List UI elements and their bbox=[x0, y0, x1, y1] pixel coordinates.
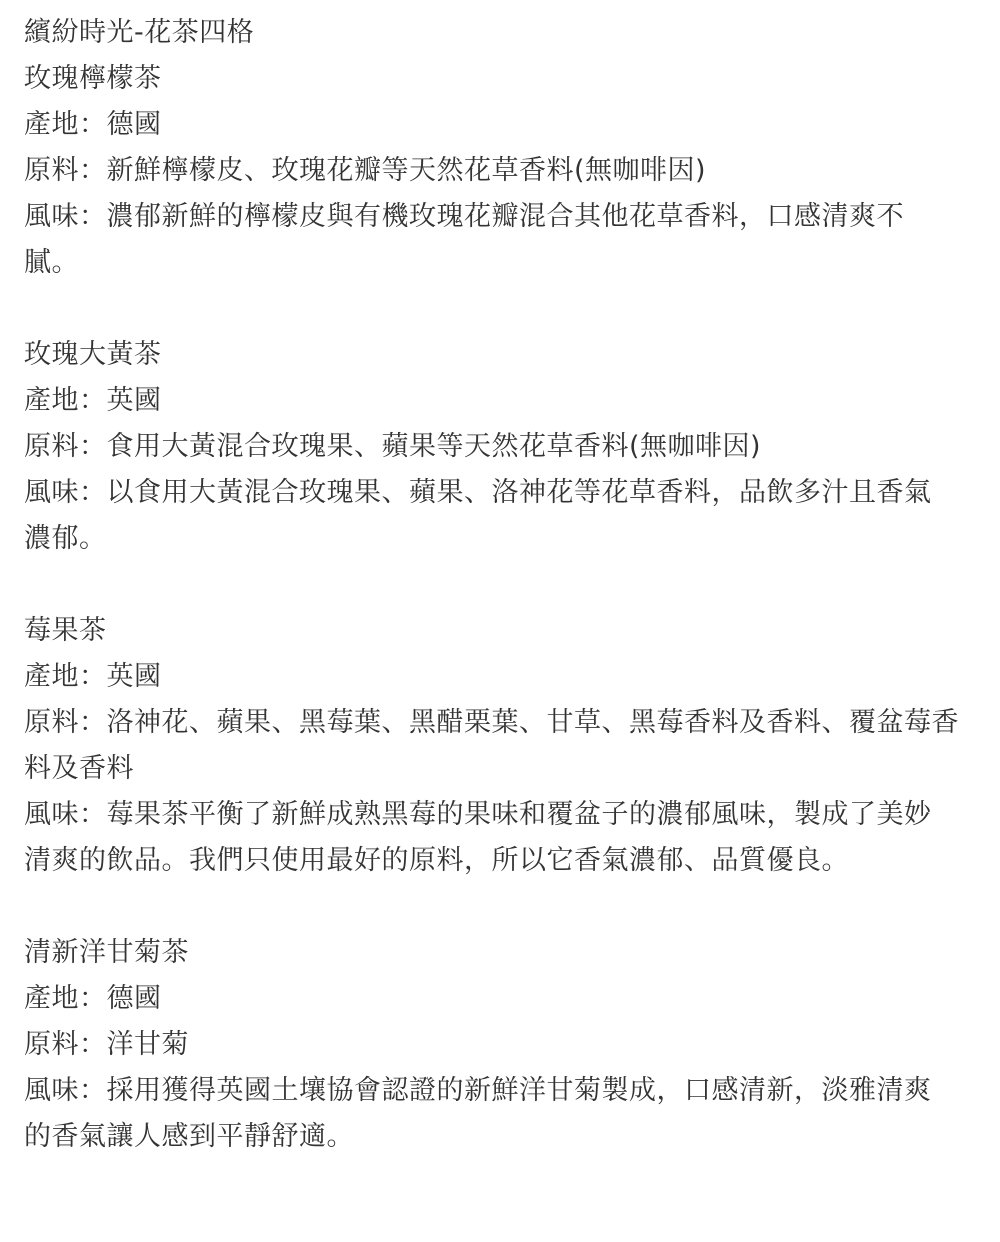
spacer bbox=[24, 286, 974, 332]
product-name: 玫瑰大黃茶 bbox=[24, 332, 974, 378]
flavor-label: 風味： bbox=[24, 201, 107, 232]
ingredients-value: 新鮮檸檬皮、玫瑰花瓣等天然花草香料(無咖啡因) bbox=[107, 155, 707, 186]
product-name: 莓果茶 bbox=[24, 608, 974, 654]
product-name: 玫瑰檸檬茶 bbox=[24, 56, 974, 102]
product-origin: 產地：英國 bbox=[24, 378, 974, 424]
ingredients-label: 原料： bbox=[24, 1029, 107, 1060]
ingredients-value: 洋甘菊 bbox=[107, 1029, 190, 1060]
document-body: 繽紛時光-花茶四格 玫瑰檸檬茶 產地：德國 原料：新鮮檸檬皮、玫瑰花瓣等天然花草… bbox=[24, 10, 974, 1160]
ingredients-label: 原料： bbox=[24, 155, 107, 186]
spacer bbox=[24, 884, 974, 930]
origin-value: 英國 bbox=[107, 661, 162, 692]
product-flavor: 風味：以食用大黃混合玫瑰果、蘋果、洛神花等花草香料，品飲多汁且香氣濃郁。 bbox=[24, 470, 954, 562]
product-ingredients: 原料：洋甘菊 bbox=[24, 1022, 974, 1068]
origin-label: 產地： bbox=[24, 661, 107, 692]
product-origin: 產地：德國 bbox=[24, 102, 974, 148]
ingredients-value: 食用大黃混合玫瑰果、蘋果等天然花草香料(無咖啡因) bbox=[107, 431, 762, 462]
product-ingredients: 原料：洛神花、蘋果、黑莓葉、黑醋栗葉、甘草、黑莓香料及香料、覆盆莓香料及香料 bbox=[24, 700, 974, 792]
origin-label: 產地： bbox=[24, 109, 107, 140]
ingredients-label: 原料： bbox=[24, 707, 107, 738]
origin-value: 德國 bbox=[107, 109, 162, 140]
flavor-value: 採用獲得英國土壤協會認證的新鮮洋甘菊製成，口感清新，淡雅清爽的香氣讓人感到平靜舒… bbox=[24, 1075, 932, 1152]
product-section-rose-rhubarb: 玫瑰大黃茶 產地：英國 原料：食用大黃混合玫瑰果、蘋果等天然花草香料(無咖啡因)… bbox=[24, 332, 974, 562]
product-ingredients: 原料：食用大黃混合玫瑰果、蘋果等天然花草香料(無咖啡因) bbox=[24, 424, 974, 470]
product-section-chamomile: 清新洋甘菊茶 產地：德國 原料：洋甘菊 風味：採用獲得英國土壤協會認證的新鮮洋甘… bbox=[24, 930, 974, 1160]
product-name: 清新洋甘菊茶 bbox=[24, 930, 974, 976]
flavor-label: 風味： bbox=[24, 477, 107, 508]
product-section-berry: 莓果茶 產地：英國 原料：洛神花、蘋果、黑莓葉、黑醋栗葉、甘草、黑莓香料及香料、… bbox=[24, 608, 974, 884]
flavor-value: 以食用大黃混合玫瑰果、蘋果、洛神花等花草香料，品飲多汁且香氣濃郁。 bbox=[24, 477, 932, 554]
ingredients-value: 洛神花、蘋果、黑莓葉、黑醋栗葉、甘草、黑莓香料及香料、覆盆莓香料及香料 bbox=[24, 707, 959, 784]
origin-label: 產地： bbox=[24, 983, 107, 1014]
flavor-value: 莓果茶平衡了新鮮成熟黑莓的果味和覆盆子的濃郁風味，製成了美妙清爽的飲品。我們只使… bbox=[24, 799, 932, 876]
product-section-rose-lemon: 玫瑰檸檬茶 產地：德國 原料：新鮮檸檬皮、玫瑰花瓣等天然花草香料(無咖啡因) 風… bbox=[24, 56, 974, 286]
flavor-value: 濃郁新鮮的檸檬皮與有機玫瑰花瓣混合其他花草香料，口感清爽不膩。 bbox=[24, 201, 904, 278]
product-origin: 產地：英國 bbox=[24, 654, 974, 700]
product-origin: 產地：德國 bbox=[24, 976, 974, 1022]
flavor-label: 風味： bbox=[24, 799, 107, 830]
origin-label: 產地： bbox=[24, 385, 107, 416]
product-flavor: 風味：採用獲得英國土壤協會認證的新鮮洋甘菊製成，口感清新，淡雅清爽的香氣讓人感到… bbox=[24, 1068, 954, 1160]
origin-value: 德國 bbox=[107, 983, 162, 1014]
product-flavor: 風味：濃郁新鮮的檸檬皮與有機玫瑰花瓣混合其他花草香料，口感清爽不膩。 bbox=[24, 194, 954, 286]
spacer bbox=[24, 562, 974, 608]
flavor-label: 風味： bbox=[24, 1075, 107, 1106]
product-flavor: 風味：莓果茶平衡了新鮮成熟黑莓的果味和覆盆子的濃郁風味，製成了美妙清爽的飲品。我… bbox=[24, 792, 949, 884]
page-title: 繽紛時光-花茶四格 bbox=[24, 10, 974, 56]
ingredients-label: 原料： bbox=[24, 431, 107, 462]
product-ingredients: 原料：新鮮檸檬皮、玫瑰花瓣等天然花草香料(無咖啡因) bbox=[24, 148, 974, 194]
origin-value: 英國 bbox=[107, 385, 162, 416]
